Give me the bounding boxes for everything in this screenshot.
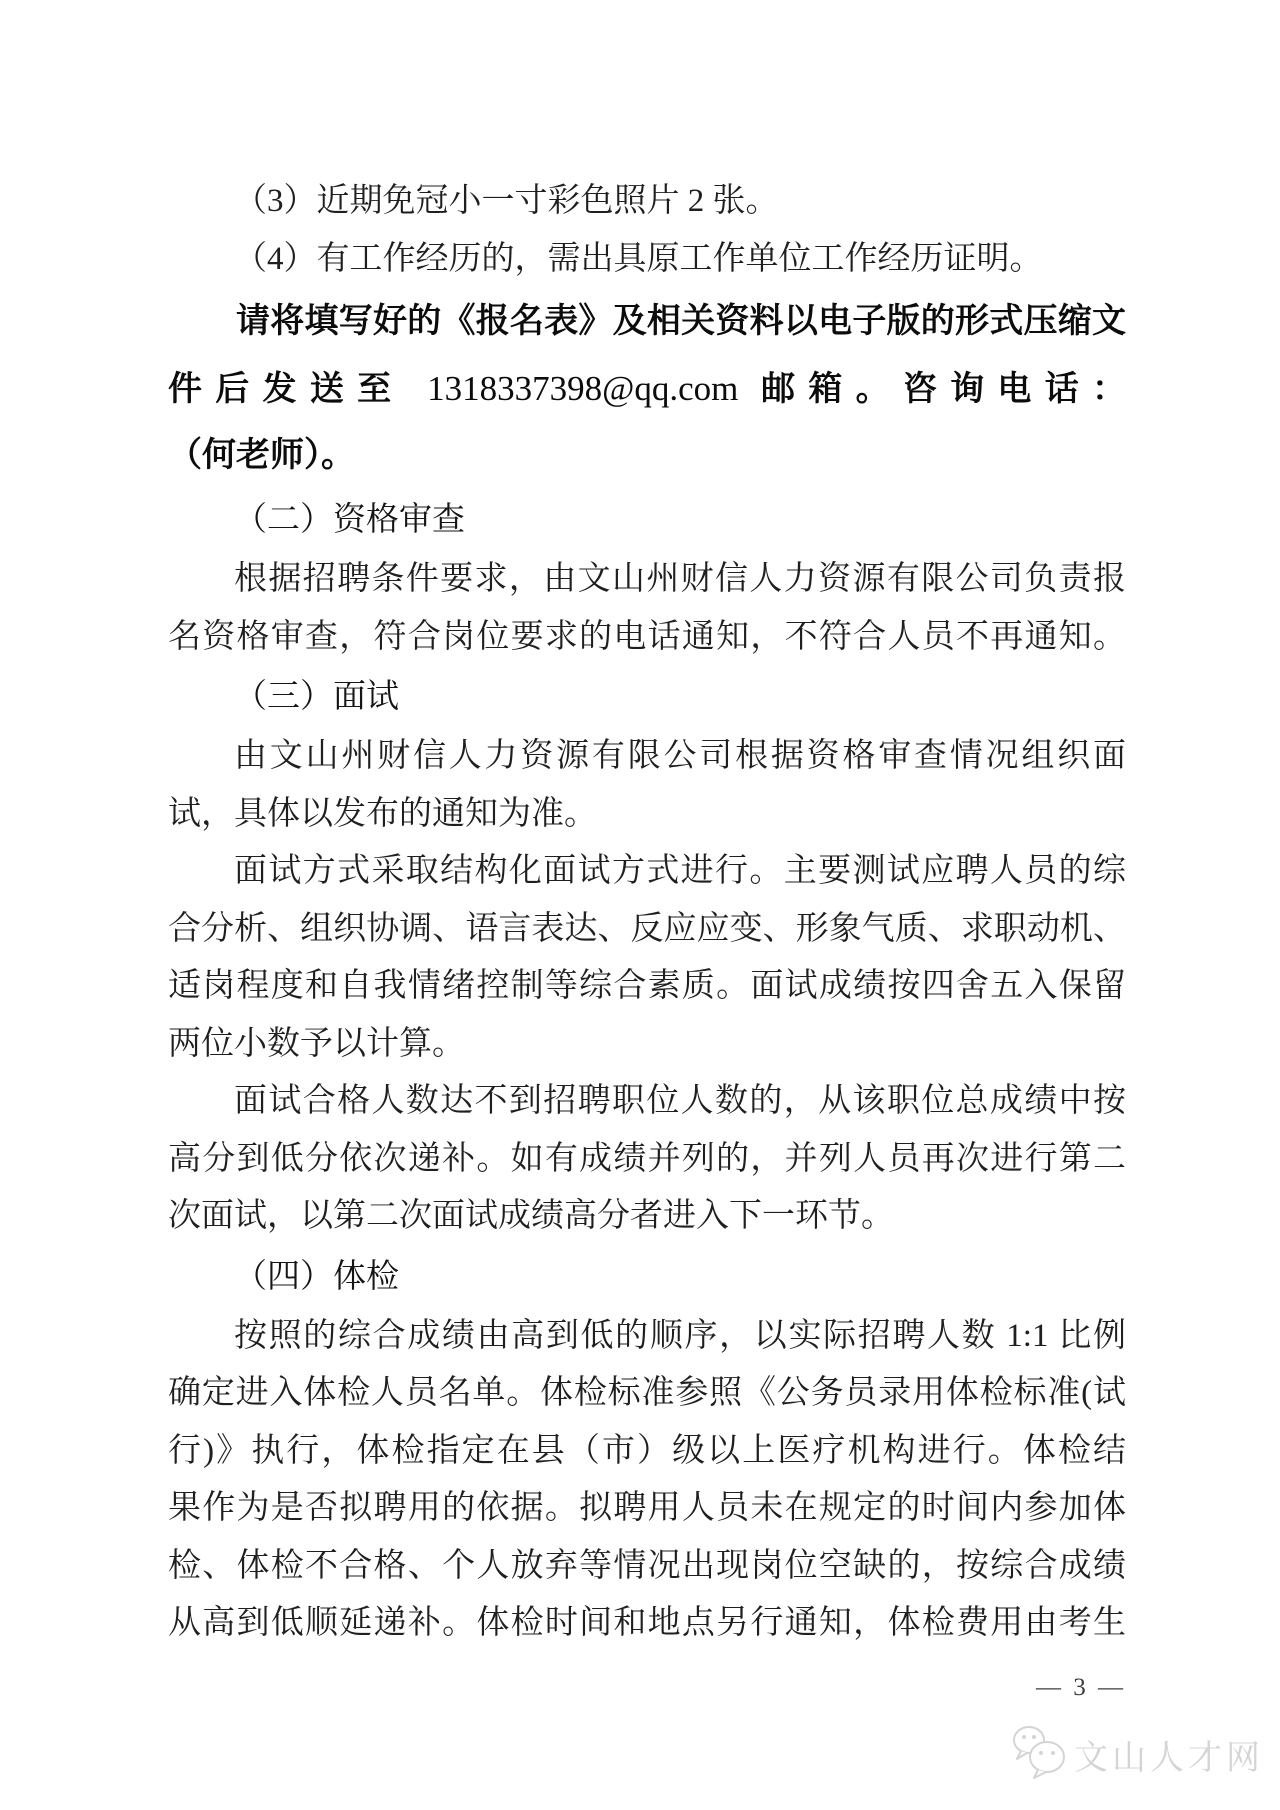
text-segment: 根据招聘条件要求，由文山州财信人力资源有限公司负责报 — [234, 561, 1126, 597]
text-line: 由文山州财信人力资源有限公司根据资格审查情况组织面 — [168, 728, 1126, 786]
text-segment: 件后发送至 — [168, 370, 427, 408]
text-line: （3）近期免冠小一寸彩色照片 2 张。 — [168, 173, 1126, 231]
text-line: 面试方式采取结构化面试方式进行。主要测试应聘人员的综 — [168, 843, 1126, 901]
text-segment: 次面试，以第二次面试成绩高分者进入下一环节。 — [168, 1198, 894, 1234]
text-line: 检、体检不合格、个人放弃等情况出现岗位空缺的，按综合成绩 — [168, 1538, 1126, 1596]
text-segment: 确定进入体检人员名单。体检标准参照《公务员录用体检标准(试 — [168, 1375, 1126, 1411]
text-line: 次面试，以第二次面试成绩高分者进入下一环节。 — [168, 1188, 1126, 1246]
page-number: — 3 — — [168, 1674, 1126, 1702]
text-line: 试，具体以发布的通知为准。 — [168, 786, 1126, 844]
text-line: 按照的综合成绩由高到低的顺序，以实际招聘人数 1:1 比例 — [168, 1308, 1126, 1366]
text-segment: 由文山州财信人力资源有限公司根据资格审查情况组织面 — [234, 738, 1126, 774]
text-line: 高分到低分依次递补。如有成绩并列的，并列人员再次进行第二 — [168, 1131, 1126, 1189]
site-watermark-text: 文山人才网 — [1074, 1730, 1264, 1779]
wechat-icon — [1010, 1724, 1068, 1785]
text-segment: 合分析、组织协调、语言表达、反应应变、形象气质、求职动机、 — [168, 911, 1126, 947]
text-line: （二）资格审查 — [168, 489, 1126, 551]
text-segment: （3）近期免冠小一寸彩色照片 2 张。 — [234, 183, 779, 219]
text-line: 从高到低顺延递补。体检时间和地点另行通知，体检费用由考生 — [168, 1595, 1126, 1653]
text-segment: 高分到低分依次递补。如有成绩并列的，并列人员再次进行第二 — [168, 1141, 1126, 1177]
text-segment: 面试方式采取结构化面试方式进行。主要测试应聘人员的综 — [234, 853, 1126, 889]
document-page: { "page": { "background": "#ffffff", "pa… — [0, 0, 1280, 1810]
text-segment: （4）有工作经历的，需出具原工作单位工作经历证明。 — [234, 241, 1043, 277]
text-line: （三）面试 — [168, 666, 1126, 728]
text-line: 确定进入体检人员名单。体检标准参照《公务员录用体检标准(试 — [168, 1365, 1126, 1423]
text-line: 果作为是否拟聘用的依据。拟聘用人员未在规定的时间内参加体 — [168, 1480, 1126, 1538]
text-segment: 试，具体以发布的通知为准。 — [168, 796, 597, 832]
text-segment: 按照的综合成绩由高到低的顺序，以实际招聘人数 1:1 比例 — [234, 1318, 1126, 1354]
text-line: 面试合格人数达不到招聘职位人数的，从该职位总成绩中按 — [168, 1073, 1126, 1131]
text-segment: （何老师）。 — [168, 436, 355, 474]
text-segment: 两位小数予以计算。 — [168, 1026, 465, 1062]
text-line: 两位小数予以计算。 — [168, 1016, 1126, 1074]
text-segment: 从高到低顺延递补。体检时间和地点另行通知，体检费用由考生 — [168, 1605, 1126, 1641]
text-line: （何老师）。 — [168, 422, 1126, 489]
text-segment: （三）面试 — [234, 679, 399, 715]
text-line: 件后发送至 1318337398@qq.com 邮箱。咨询电话：19987694… — [168, 355, 1126, 422]
text-segment: 名资格审查，符合岗位要求的电话通知，不符合人员不再通知。 — [168, 619, 1126, 655]
text-line: 行)》执行，体检指定在县（市）级以上医疗机构进行。体检结 — [168, 1423, 1126, 1481]
text-segment: 邮箱。咨询电话： — [738, 370, 1126, 408]
text-segment: 适岗程度和自我情绪控制等综合素质。面试成绩按四舍五入保留 — [168, 968, 1126, 1004]
text-segment: （二）资格审查 — [234, 502, 465, 538]
text-segment: 面试合格人数达不到招聘职位人数的，从该职位总成绩中按 — [234, 1083, 1126, 1119]
text-segment: （四）体检 — [234, 1259, 399, 1295]
text-line: （四）体检 — [168, 1246, 1126, 1308]
text-line: 请将填写好的《报名表》及相关资料以电子版的形式压缩文 — [168, 288, 1126, 355]
text-content: （3）近期免冠小一寸彩色照片 2 张。（4）有工作经历的，需出具原工作单位工作经… — [168, 173, 1126, 1653]
text-line: 适岗程度和自我情绪控制等综合素质。面试成绩按四舍五入保留 — [168, 958, 1126, 1016]
text-segment: 请将填写好的《报名表》及相关资料以电子版的形式压缩文 — [236, 302, 1126, 340]
text-segment-latin: 1318337398@qq.com — [427, 369, 738, 408]
text-segment: 果作为是否拟聘用的依据。拟聘用人员未在规定的时间内参加体 — [168, 1490, 1126, 1526]
footer-watermark: 文山人才网 — [1010, 1724, 1264, 1785]
text-segment: 行)》执行，体检指定在县（市）级以上医疗机构进行。体检结 — [168, 1433, 1126, 1469]
text-segment: 检、体检不合格、个人放弃等情况出现岗位空缺的，按综合成绩 — [168, 1548, 1126, 1584]
text-line: 名资格审查，符合岗位要求的电话通知，不符合人员不再通知。 — [168, 609, 1126, 667]
text-line: 根据招聘条件要求，由文山州财信人力资源有限公司负责报 — [168, 551, 1126, 609]
text-line: （4）有工作经历的，需出具原工作单位工作经历证明。 — [168, 231, 1126, 289]
text-line: 合分析、组织协调、语言表达、反应应变、形象气质、求职动机、 — [168, 901, 1126, 959]
